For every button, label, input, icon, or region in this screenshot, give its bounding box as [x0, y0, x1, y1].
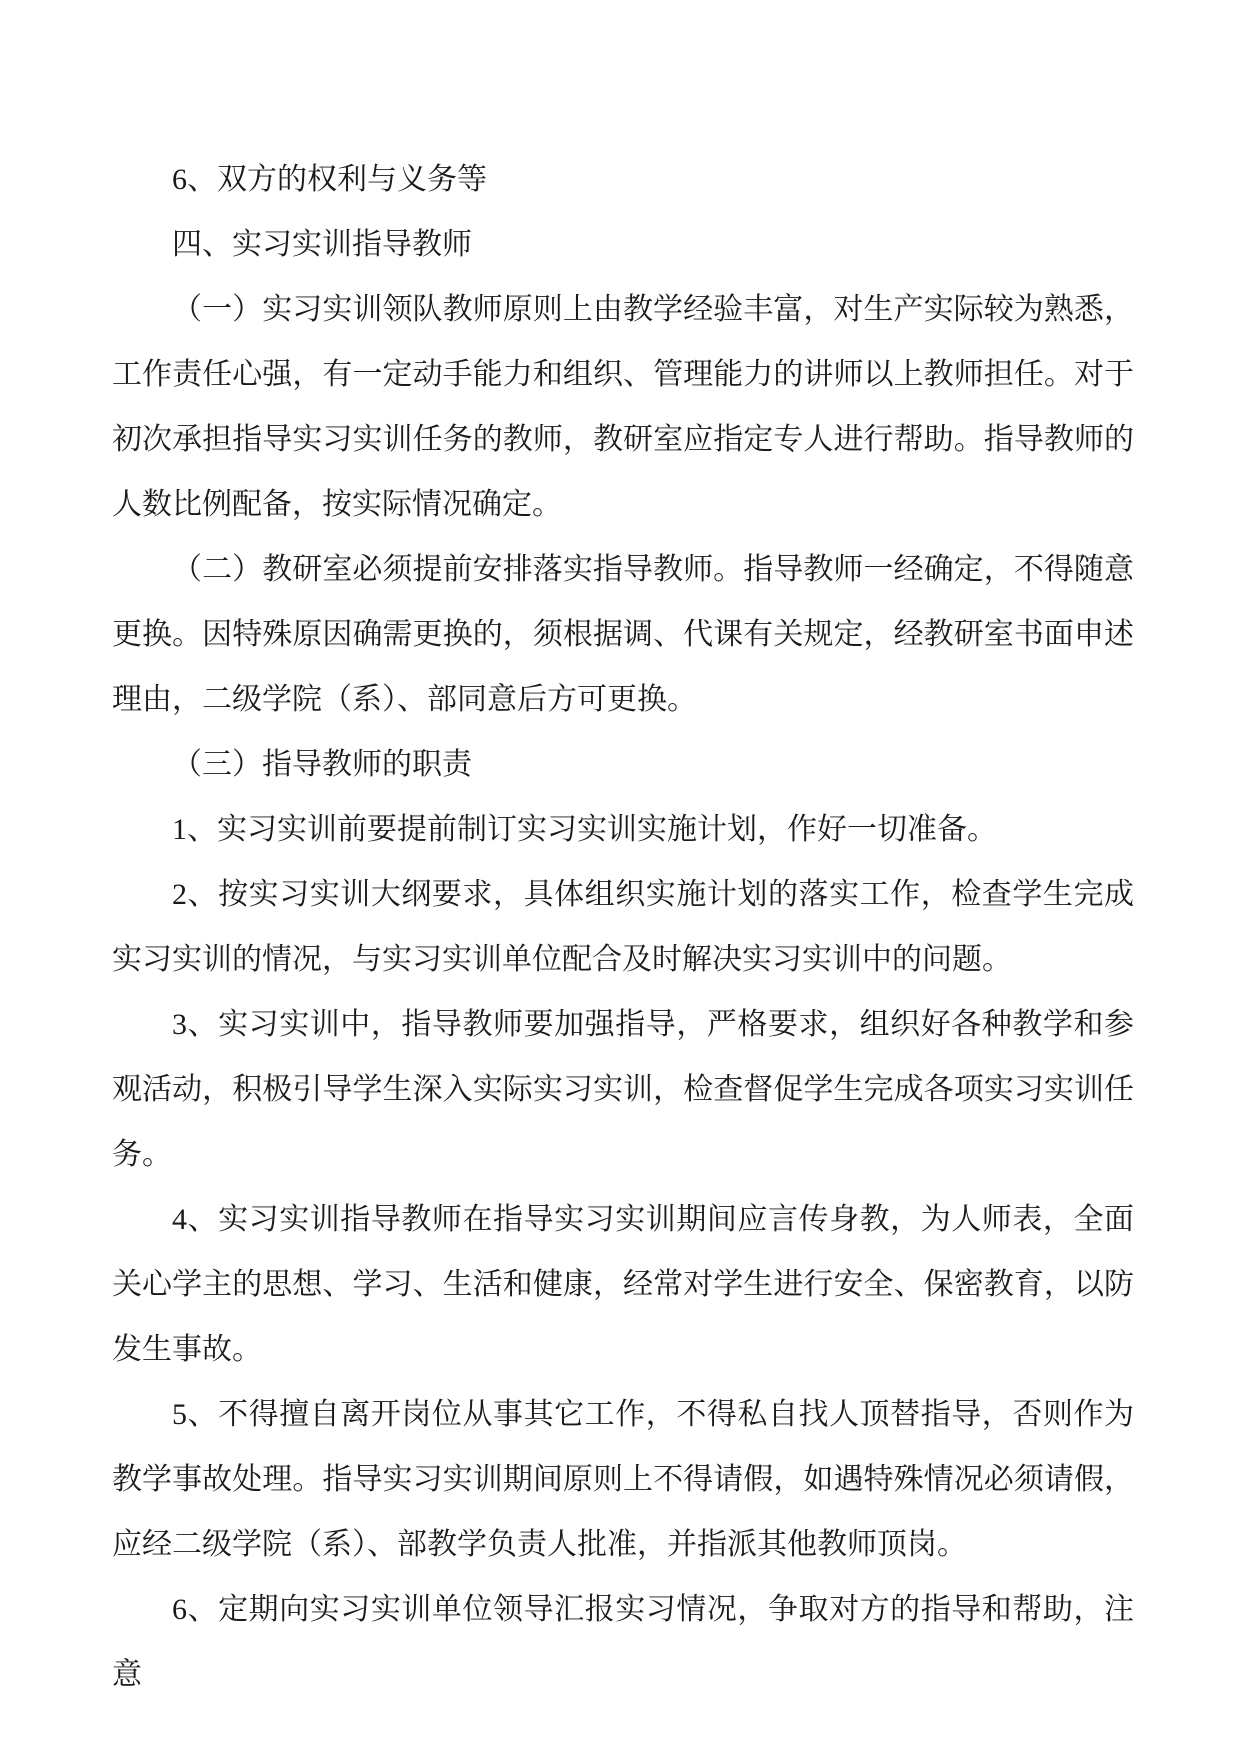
- paragraph: 2、按实习实训大纲要求，具体组织实施计划的落实工作，检查学生完成实习实训的情况，…: [112, 862, 1134, 992]
- paragraph: 6、定期向实习实训单位领导汇报实习情况，争取对方的指导和帮助，注意: [112, 1577, 1134, 1707]
- paragraph: （三）指导教师的职责: [112, 732, 1134, 797]
- paragraph: 4、实习实训指导教师在指导实习实训期间应言传身教，为人师表，全面关心学主的思想、…: [112, 1187, 1134, 1382]
- paragraph: 6、双方的权利与义务等: [112, 147, 1134, 212]
- paragraph: 1、实习实训前要提前制订实习实训实施计划，作好一切准备。: [112, 797, 1134, 862]
- paragraph: 3、实习实训中，指导教师要加强指导，严格要求，组织好各种教学和参观活动，积极引导…: [112, 992, 1134, 1187]
- paragraph: 四、实习实训指导教师: [112, 212, 1134, 277]
- document-page: 6、双方的权利与义务等 四、实习实训指导教师 （一）实习实训领队教师原则上由教学…: [112, 147, 1134, 1707]
- paragraph: 5、不得擅自离开岗位从事其它工作，不得私自找人顶替指导，否则作为教学事故处理。指…: [112, 1382, 1134, 1577]
- paragraph: （二）教研室必须提前安排落实指导教师。指导教师一经确定，不得随意更换。因特殊原因…: [112, 537, 1134, 732]
- paragraph: （一）实习实训领队教师原则上由教学经验丰富，对生产实际较为熟悉，工作责任心强，有…: [112, 277, 1134, 537]
